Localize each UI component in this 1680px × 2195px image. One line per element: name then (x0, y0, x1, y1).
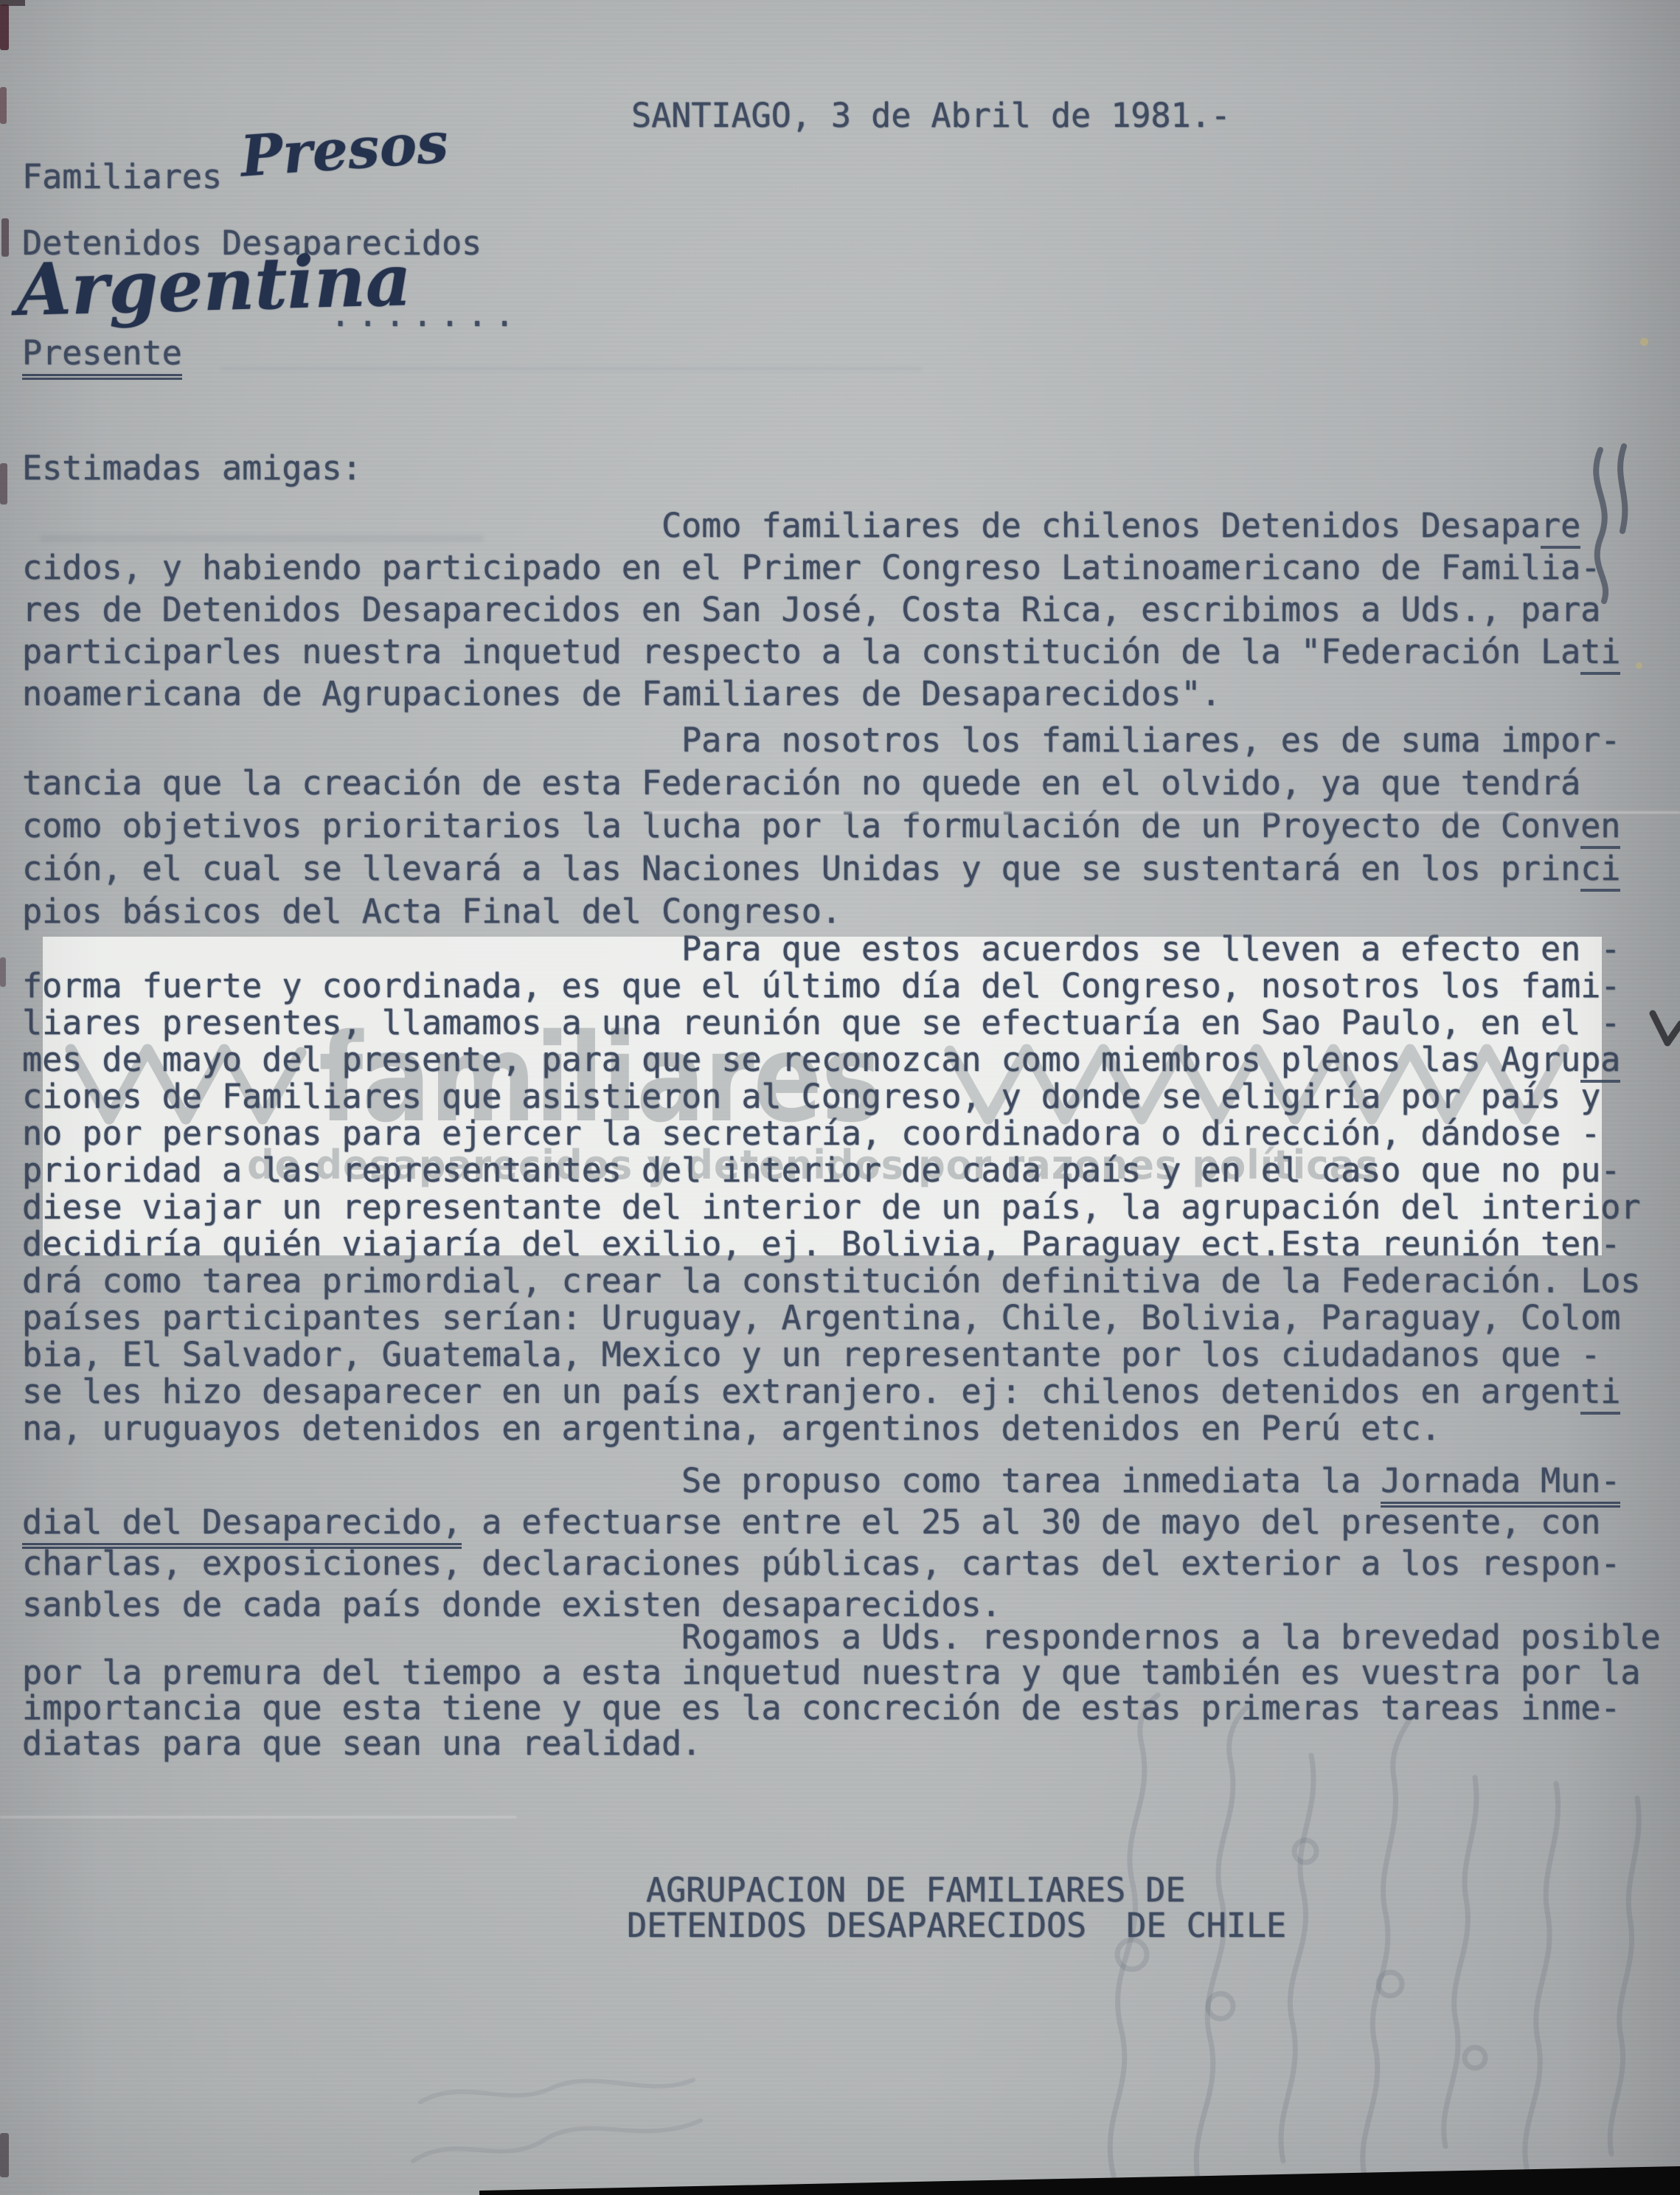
p3-text: ciones de Familiares que asistieron al C… (22, 1077, 1640, 1411)
presente-underlined: Presente (22, 333, 182, 380)
p1-text: cidos, y habiendo participado en el Prim… (22, 548, 1600, 671)
underlined-syllable: ci (1580, 849, 1620, 892)
jornada-mundial-underlined: Jornada Mun- (1381, 1461, 1620, 1508)
handwritten-presos: Presos (238, 109, 450, 189)
recipient-line-familiares: Familiares (22, 157, 222, 196)
recipient-line-presente: Presente (22, 333, 182, 372)
date-line: SANTIAGO, 3 de Abril de 1981.- (631, 96, 1231, 135)
p3-text: na, uruguayos detenidos en argentina, ar… (22, 1409, 1441, 1448)
scan-edge-black-strip (0, 2162, 1680, 2195)
jornada-mundial-underlined: dial del Desaparecido, (22, 1502, 462, 1549)
letter-text-layer: SANTIAGO, 3 de Abril de 1981.- Familiare… (0, 0, 1680, 2195)
p2-text: pios básicos del Acta Final del Congreso… (22, 892, 841, 931)
p1-text: noamericana de Agrupaciones de Familiare… (22, 674, 1221, 713)
p3-text: Para que estos acuerdos se lleven a efec… (22, 929, 1620, 1079)
signature-line-2: DETENIDOS DESAPARECIDOS DE CHILE (627, 1906, 1286, 1945)
p5-text: Rogamos a Uds. respondernos a la breveda… (22, 1617, 1661, 1763)
paragraph-4: Se propuso como tarea inmediata la Jorna… (22, 1460, 1679, 1626)
p2-text: ción, el cual se llevará a las Naciones … (22, 849, 1580, 888)
underlined-syllable: re (1541, 506, 1580, 549)
paragraph-2: Para nosotros los familiares, es de suma… (22, 719, 1679, 933)
signature-line-1: AGRUPACION DE FAMILIARES DE (646, 1870, 1186, 1910)
underlined-syllable: en (1580, 806, 1620, 849)
underlined-syllable: ti (1580, 1372, 1620, 1415)
paragraph-1: Como familiares de chilenos Detenidos De… (22, 504, 1679, 715)
p1-text: Como familiares de chilenos Detenidos De… (662, 506, 1541, 545)
p2-text: Para nosotros los familiares, es de suma… (22, 721, 1620, 845)
salutation: Estimadas amigas: (22, 448, 362, 488)
paragraph-5: Rogamos a Uds. respondernos a la breveda… (22, 1620, 1679, 1761)
argentina-dots: ....... (330, 295, 522, 334)
p4-text: Se propuso como tarea inmediata la (681, 1461, 1381, 1500)
underlined-syllable: ti (1580, 632, 1620, 675)
letter-scan-page: familiares de desaparecidos y detenidos … (0, 0, 1680, 2195)
paragraph-3: Para que estos acuerdos se lleven a efec… (22, 931, 1679, 1447)
